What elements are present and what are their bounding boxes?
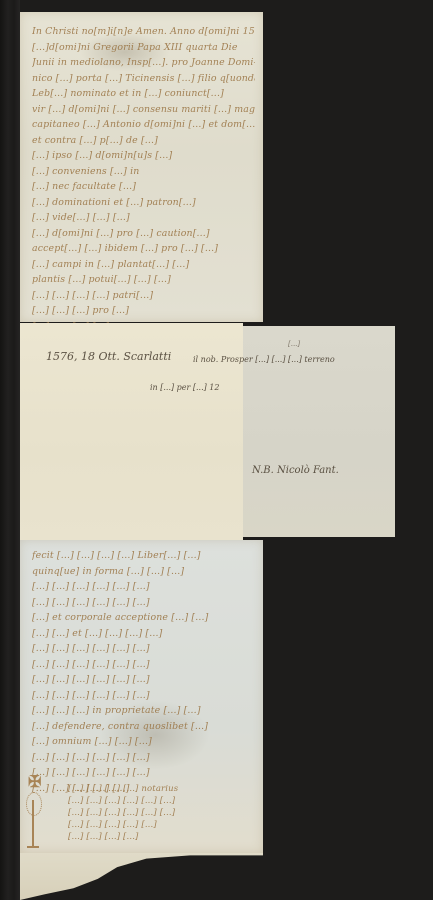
label-description-line: il nob. Prosper [...] [...] [...] terren…: [193, 355, 335, 364]
text-line: [...] et corporale acceptione [...] [...…: [32, 610, 255, 626]
text-line: nico [...] porta [...] Ticinensis [...] …: [32, 71, 255, 87]
label-location-line: in [...] per [...] 12: [150, 383, 219, 392]
text-line: [...]d[omi]ni Gregorii Papa XIII quarta …: [32, 40, 255, 56]
notarial-subscription: [...] [...] [...] [...] notarius [...] […: [68, 783, 255, 843]
text-line: [...] d[omi]ni [...] pro [...] caution[.…: [32, 226, 255, 242]
manuscript-bottom-fragment: fecit [...] [...] [...] [...] Liber[...]…: [20, 540, 263, 853]
text-line: [...] defendere, contra quoslibet [...]: [32, 719, 255, 735]
text-line: [...] [...] [...] [...] [...] [...]: [32, 688, 255, 704]
text-line: [...] [...] [...] [...] [...] [...]: [32, 641, 255, 657]
text-line: [...] [...] [...] [...] [...] [...]: [32, 672, 255, 688]
notary-signum-tree-icon: [24, 790, 42, 850]
text-line: [...] vide[...] [...] [...]: [32, 210, 255, 226]
text-line: [...] nec facultate [...]: [32, 179, 255, 195]
text-line: [...] [...] [...] [...] [...] [...]: [32, 657, 255, 673]
text-line: [...] campi in [...] plantat[...] [...]: [32, 257, 255, 273]
text-line: Leb[...] nominato et in [...] coniunct[.…: [32, 86, 255, 102]
text-line: plantis [...] potui[...] [...] [...]: [32, 272, 255, 288]
text-line: [...] [...] [...] [...] [...] [...]: [68, 807, 255, 819]
text-line: Junii in mediolano, Insp[...]. pro Joann…: [32, 55, 255, 71]
text-line: capitaneo [...] Antonio d[omi]ni [...] e…: [32, 117, 255, 133]
signum-crown: [26, 792, 42, 816]
text-line: In Christi no[m]i[n]e Amen. Anno d[omi]n…: [32, 24, 255, 40]
text-line: [...] [...] [...] [...]: [68, 831, 255, 843]
label-date-line: 1576, 18 Ott. Scarlatti: [46, 350, 171, 363]
signum-trunk: [32, 800, 34, 848]
text-line: [...] [...] [...] [...] [...] [...]: [32, 579, 255, 595]
text-line: [...] ipso [...] d[omi]n[u]s [...]: [32, 148, 255, 164]
text-line: vir [...] d[omi]ni [...] consensu mariti…: [32, 102, 255, 118]
text-line: [...] [...] [...] [...] [...] [...]: [68, 795, 255, 807]
text-line: [...] [...] [...] [...] [...] [...]: [32, 765, 255, 781]
text-line: [...] [...] [...] [...] notarius: [68, 783, 255, 795]
text-line: [...] [...] [...] [...] [...]: [68, 819, 255, 831]
manuscript-bottom-text: fecit [...] [...] [...] [...] Liber[...]…: [32, 548, 255, 796]
text-line: [...] [...] et [...] [...] [...] [...]: [32, 626, 255, 642]
text-line: [...] [...] [...] [...] [...] [...]: [32, 595, 255, 611]
text-line: [...] [...] [...] [...] patri[...]: [32, 288, 255, 304]
text-line: [...] conveniens [...] in: [32, 164, 255, 180]
text-line: [...] [...] [...] in proprietate [...] […: [32, 703, 255, 719]
text-line: [...] [...] [...] pro [...]: [32, 303, 255, 319]
label-signature: N.B. Nicolò Fant.: [252, 465, 339, 476]
text-line: [...] dominationi et [...] patron[...]: [32, 195, 255, 211]
notary-cross-icon: ✠: [28, 772, 41, 791]
label-annotation-above: [...]: [288, 340, 300, 348]
manuscript-top-fragment: In Christi no[m]i[n]e Amen. Anno d[omi]n…: [20, 12, 263, 322]
text-line: fecit [...] [...] [...] [...] Liber[...]…: [32, 548, 255, 564]
signum-base: [27, 846, 39, 848]
text-line: [...] omnium [...] [...] [...]: [32, 734, 255, 750]
text-line: [...] [...] [...] [...] [...] [...]: [32, 750, 255, 766]
text-line: quinq[ue] in forma [...] [...] [...]: [32, 564, 255, 580]
book-binding-edge: [0, 0, 20, 900]
text-line: accept[...] [...] ibidem [...] pro [...]…: [32, 241, 255, 257]
text-line: et contra [...] p[...] de [...]: [32, 133, 255, 149]
